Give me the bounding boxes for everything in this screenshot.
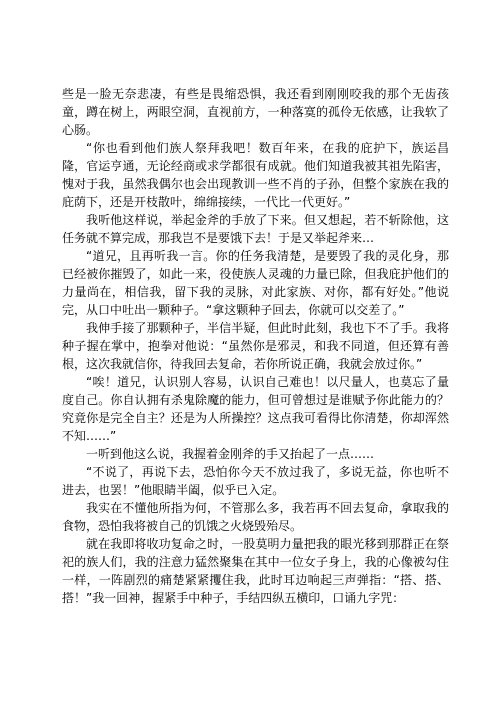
paragraph: 一听到他这么说，我握着金刚斧的手又抬起了一点…… [62, 445, 449, 463]
paragraph: 我伸手接了那颗种子，半信半疑，但此时此刻，我也下不了手。我将种子握在掌中，抱拳对… [62, 319, 449, 373]
paragraph: 就在我即将收功复命之时，一股莫明力量把我的眼光移到那群正在祭祀的族人们，我的注意… [62, 535, 449, 607]
book-page: 些是一脸无奈悲凄，有些是畏缩恐惧，我还看到刚刚咬我的那个无齿孩童，蹲在树上，两眼… [0, 0, 501, 711]
page-text-block: 些是一脸无奈悲凄，有些是畏缩恐惧，我还看到刚刚咬我的那个无齿孩童，蹲在树上，两眼… [62, 85, 449, 607]
paragraph: “你也看到他们族人祭拜我吧！数百年来，在我的庇护下，族运昌隆，官运亨通，无论经商… [62, 139, 449, 211]
paragraph: 我实在不懂他所指为何，不管那么多，我若再不回去复命，拿取我的食物，恐怕我将被自己… [62, 499, 449, 535]
paragraph: “不说了，再说下去，恐怕你今天不放过我了，多说无益，你也听不进去，也罢！”他眼睛… [62, 463, 449, 499]
paragraph: “唉！道兄，认识别人容易，认识自己难也！以尺量人，也莫忘了量度自己。你自认拥有杀… [62, 373, 449, 445]
paragraph: “道兄，且再听我一言。你的任务我清楚，是要毁了我的灵化身，那已经被你摧毁了，如此… [62, 247, 449, 319]
paragraph: 我听他这样说，举起金斧的手放了下来。但又想起，若不斩除他，这任务就不算完成，那我… [62, 211, 449, 247]
paragraph: 些是一脸无奈悲凄，有些是畏缩恐惧，我还看到刚刚咬我的那个无齿孩童，蹲在树上，两眼… [62, 85, 449, 139]
